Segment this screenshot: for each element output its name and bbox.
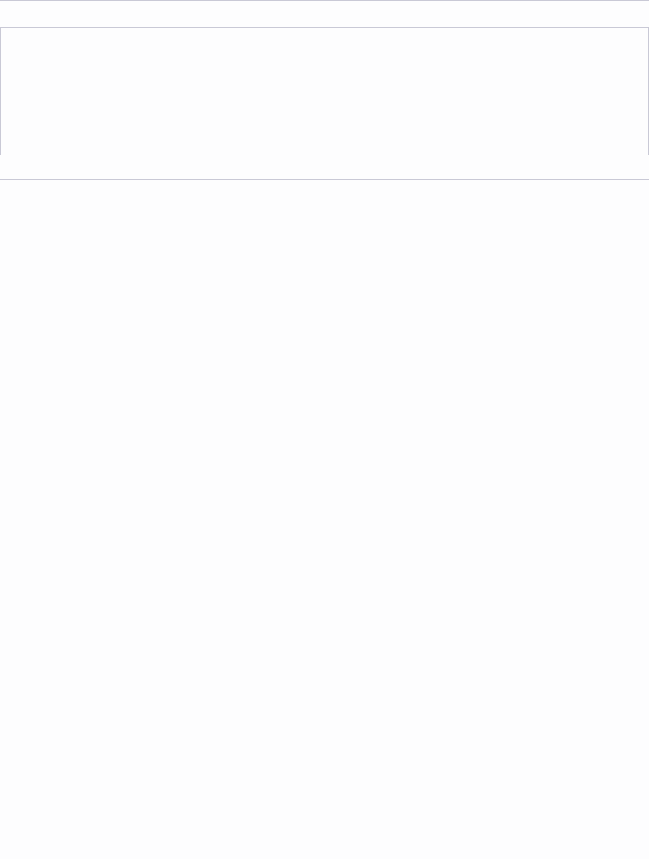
spreadsheet-top-row [0,0,649,28]
title-block [0,28,649,155]
document-sheet [0,0,649,859]
spreadsheet-bottom-row [0,155,649,180]
page-title [1,28,648,59]
